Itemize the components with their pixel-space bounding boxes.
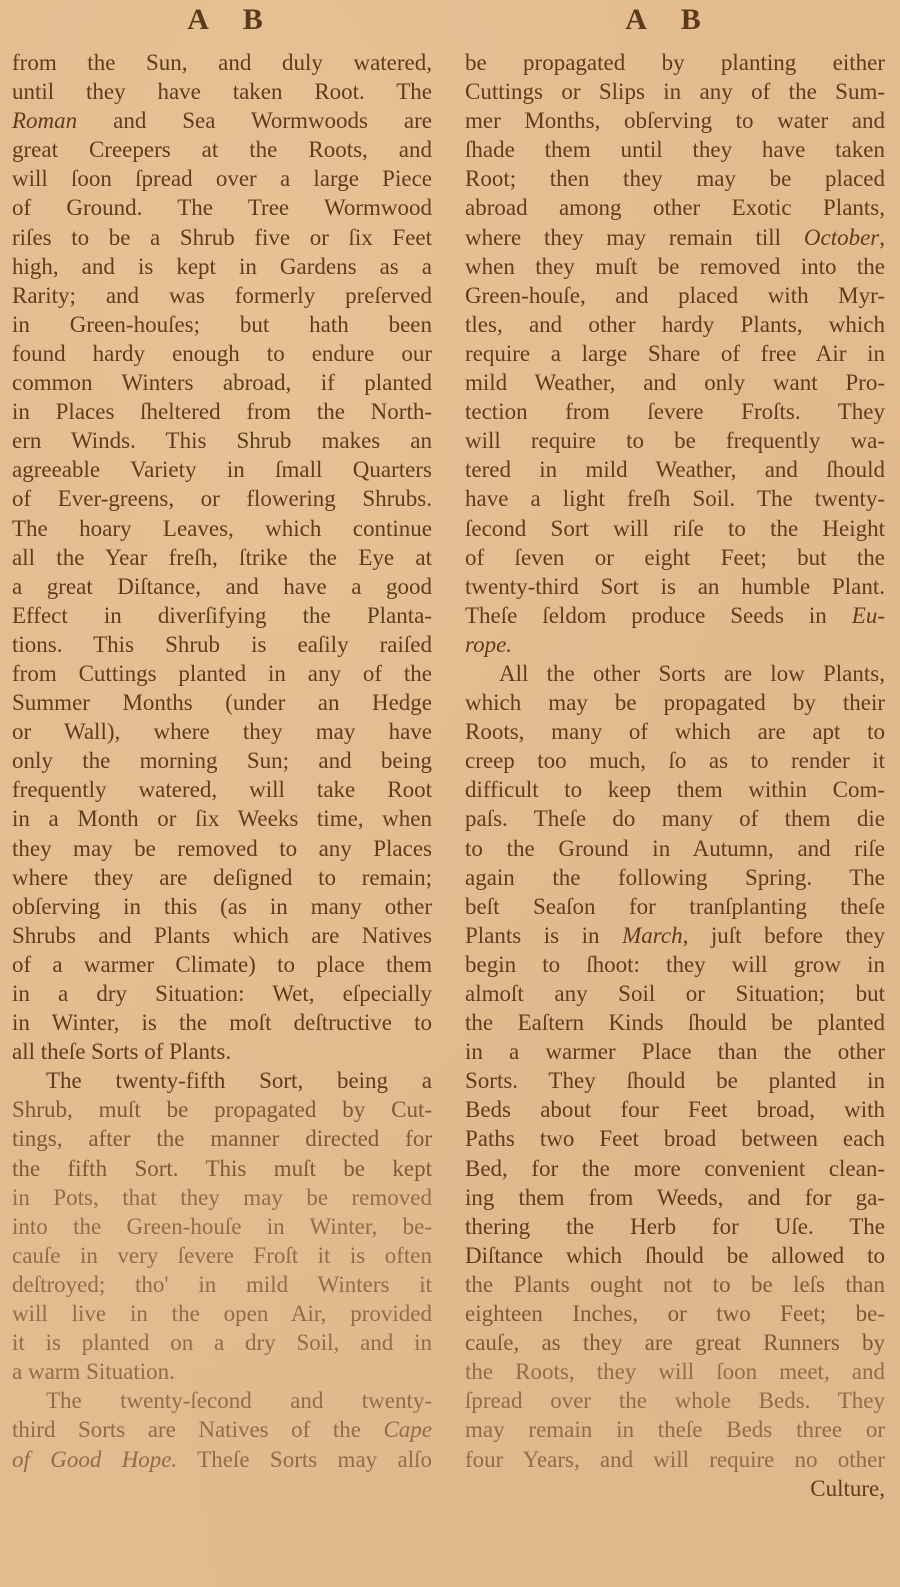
text-line: in Pots, that they may be removed xyxy=(12,1183,432,1212)
text-line: the Plants ought not to be leſs than xyxy=(465,1270,885,1299)
text-line: be propagated by planting either xyxy=(465,48,885,77)
text-line: Effect in diverſifying the Planta- xyxy=(12,601,432,630)
text-line: all theſe Sorts of Plants. xyxy=(12,1037,432,1066)
text-line: tection from ſevere Froſts. They xyxy=(465,397,885,426)
text-line: tles, and other hardy Plants, which xyxy=(465,310,885,339)
text-line: ſecond Sort will riſe to the Height xyxy=(465,514,885,543)
text-line: from Cuttings planted in any of the xyxy=(12,659,432,688)
text-line: Green-houſe, and placed with Myr- xyxy=(465,281,885,310)
text-line: high, and is kept in Gardens as a xyxy=(12,252,432,281)
text-line: until they have taken Root. The xyxy=(12,77,432,106)
left-column: A B from the Sun, and duly watered,until… xyxy=(12,0,432,1474)
text-line: again the following Spring. The xyxy=(465,863,885,892)
text-line: abroad among other Exotic Plants, xyxy=(465,193,885,222)
text-line: cauſe in very ſevere Froſt it is often xyxy=(12,1241,432,1270)
text-line: Roots, many of which are apt to xyxy=(465,717,885,746)
text-line: eighteen Inches, or two Feet; be- xyxy=(465,1299,885,1328)
right-column: A B be propagated by planting eitherCutt… xyxy=(465,0,885,1503)
text-line: thering the Herb for Uſe. The xyxy=(465,1212,885,1241)
text-line: where they are deſigned to remain; xyxy=(12,863,432,892)
text-line: of Ground. The Tree Wormwood xyxy=(12,193,432,222)
text-line: have a light freſh Soil. The twenty- xyxy=(465,484,885,513)
text-line: Sorts. They ſhould be planted in xyxy=(465,1066,885,1095)
right-column-text: be propagated by planting eitherCuttings… xyxy=(465,48,885,1474)
text-line: Diſtance which ſhould be allowed to xyxy=(465,1241,885,1270)
text-line: to the Ground in Autumn, and riſe xyxy=(465,834,885,863)
text-line: will ſoon ſpread over a large Piece xyxy=(12,164,432,193)
catchword: Culture, xyxy=(465,1474,885,1503)
text-line: The twenty-fifth Sort, being a xyxy=(12,1066,432,1095)
text-line: four Years, and will require no other xyxy=(465,1445,885,1474)
book-page: A B from the Sun, and duly watered,until… xyxy=(0,0,900,1587)
text-line: Plants is in March, juſt before they xyxy=(465,921,885,950)
text-line: great Creepers at the Roots, and xyxy=(12,135,432,164)
text-line: where they may remain till October, xyxy=(465,223,885,252)
text-line: into the Green-houſe in Winter, be- xyxy=(12,1212,432,1241)
text-line: ſpread over the whole Beds. They xyxy=(465,1386,885,1415)
text-line: common Winters abroad, if planted xyxy=(12,368,432,397)
text-line: will live in the open Air, provided xyxy=(12,1299,432,1328)
text-line: the Eaſtern Kinds ſhould be planted xyxy=(465,1008,885,1037)
running-head-right: A B xyxy=(465,0,885,40)
text-line: tions. This Shrub is eaſily raiſed xyxy=(12,630,432,659)
text-line: The hoary Leaves, which continue xyxy=(12,514,432,543)
text-line: of Good Hope. Theſe Sorts may alſo xyxy=(12,1445,432,1474)
text-line: when they muſt be removed into the xyxy=(465,252,885,281)
text-line: begin to ſhoot: they will grow in xyxy=(465,950,885,979)
text-line: ſhade them until they have taken xyxy=(465,135,885,164)
text-line: creep too much, ſo as to render it xyxy=(465,746,885,775)
text-line: Paths two Feet broad between each xyxy=(465,1124,885,1153)
text-line: Beds about four Feet broad, with xyxy=(465,1095,885,1124)
text-line: difficult to keep them within Com- xyxy=(465,775,885,804)
text-line: deſtroyed; tho' in mild Winters it xyxy=(12,1270,432,1299)
text-line: Theſe ſeldom produce Seeds in Eu- xyxy=(465,601,885,630)
text-line: Rarity; and was formerly preſerved xyxy=(12,281,432,310)
text-line: in a warmer Place than the other xyxy=(465,1037,885,1066)
text-line: a warm Situation. xyxy=(12,1357,432,1386)
text-line: Summer Months (under an Hedge xyxy=(12,688,432,717)
text-line: cauſe, as they are great Runners by xyxy=(465,1328,885,1357)
text-line: ing them from Weeds, and for ga- xyxy=(465,1183,885,1212)
text-line: they may be removed to any Places xyxy=(12,834,432,863)
text-line: require a large Share of free Air in xyxy=(465,339,885,368)
left-column-text: from the Sun, and duly watered,until the… xyxy=(12,48,432,1474)
text-line: twenty-third Sort is an humble Plant. xyxy=(465,572,885,601)
text-line: obſerving in this (as in many other xyxy=(12,892,432,921)
text-line: frequently watered, will take Root xyxy=(12,775,432,804)
text-line: of a warmer Climate) to place them xyxy=(12,950,432,979)
text-line: almoſt any Soil or Situation; but xyxy=(465,979,885,1008)
text-line: a great Diſtance, and have a good xyxy=(12,572,432,601)
text-line: only the morning Sun; and being xyxy=(12,746,432,775)
text-line: rope. xyxy=(465,630,885,659)
text-line: third Sorts are Natives of the Cape xyxy=(12,1415,432,1444)
text-line: in Winter, is the moſt deſtructive to xyxy=(12,1008,432,1037)
text-line: tered in mild Weather, and ſhould xyxy=(465,455,885,484)
text-line: mild Weather, and only want Pro- xyxy=(465,368,885,397)
text-line: tings, after the manner directed for xyxy=(12,1124,432,1153)
text-line: or Wall), where they may have xyxy=(12,717,432,746)
text-line: Cuttings or Slips in any of the Sum- xyxy=(465,77,885,106)
text-line: Root; then they may be placed xyxy=(465,164,885,193)
text-line: mer Months, obſerving to water and xyxy=(465,106,885,135)
text-line: of Ever-greens, or flowering Shrubs. xyxy=(12,484,432,513)
text-line: from the Sun, and duly watered, xyxy=(12,48,432,77)
text-line: ern Winds. This Shrub makes an xyxy=(12,426,432,455)
text-line: found hardy enough to endure our xyxy=(12,339,432,368)
text-line: may remain in theſe Beds three or xyxy=(465,1415,885,1444)
text-line: all the Year freſh, ſtrike the Eye at xyxy=(12,543,432,572)
text-line: in a dry Situation: Wet, eſpecially xyxy=(12,979,432,1008)
text-line: will require to be frequently wa- xyxy=(465,426,885,455)
text-line: The twenty-ſecond and twenty- xyxy=(12,1386,432,1415)
text-line: which may be propagated by their xyxy=(465,688,885,717)
text-line: in Places ſheltered from the North- xyxy=(12,397,432,426)
text-line: Shrubs and Plants which are Natives xyxy=(12,921,432,950)
text-line: Roman and Sea Wormwoods are xyxy=(12,106,432,135)
running-head-left: A B xyxy=(12,0,432,40)
text-line: riſes to be a Shrub five or ſix Feet xyxy=(12,223,432,252)
text-line: Bed, for the more convenient clean- xyxy=(465,1154,885,1183)
text-line: Shrub, muſt be propagated by Cut- xyxy=(12,1095,432,1124)
text-line: All the other Sorts are low Plants, xyxy=(465,659,885,688)
text-line: beſt Seaſon for tranſplanting theſe xyxy=(465,892,885,921)
text-line: the fifth Sort. This muſt be kept xyxy=(12,1154,432,1183)
text-line: agreeable Variety in ſmall Quarters xyxy=(12,455,432,484)
text-line: in Green-houſes; but hath been xyxy=(12,310,432,339)
text-line: of ſeven or eight Feet; but the xyxy=(465,543,885,572)
text-line: paſs. Theſe do many of them die xyxy=(465,804,885,833)
text-line: in a Month or ſix Weeks time, when xyxy=(12,804,432,833)
text-line: it is planted on a dry Soil, and in xyxy=(12,1328,432,1357)
text-line: the Roots, they will ſoon meet, and xyxy=(465,1357,885,1386)
